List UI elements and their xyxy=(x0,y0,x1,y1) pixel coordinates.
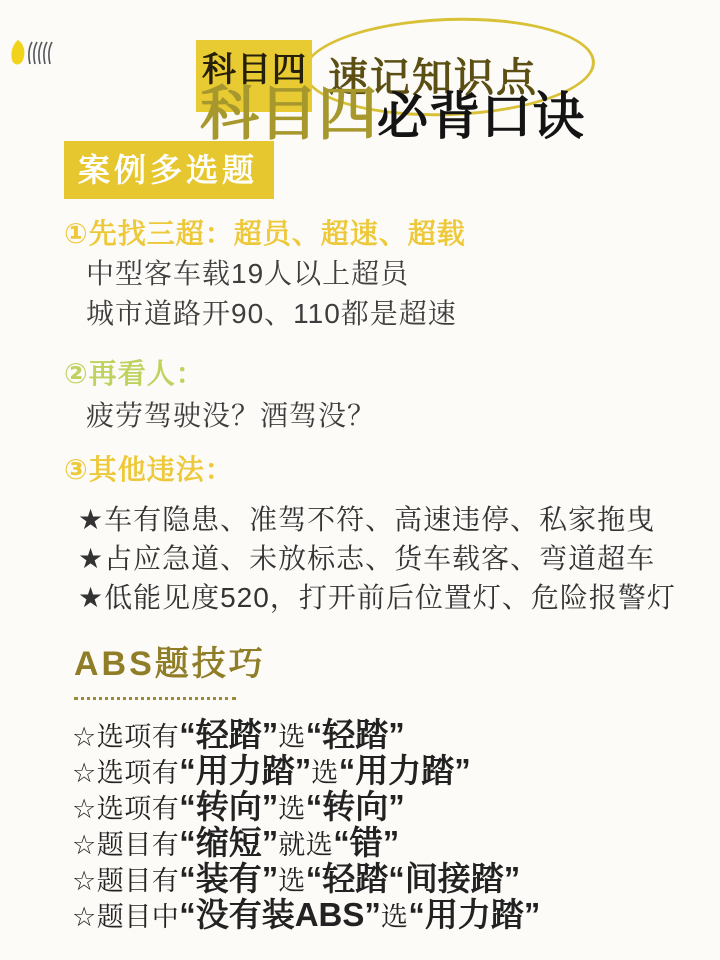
note-line: ★低能见度520，打开前后位置灯、危险报警灯 xyxy=(64,578,676,617)
section-abs: ABS题技巧 ☆选项有“轻踏”选“轻踏”☆选项有“用力踏”选“用力踏”☆选项有“… xyxy=(64,636,540,934)
text-segment: ☆题目有 xyxy=(72,830,179,860)
note-line: ★占应急道、未放标志、货车载客、弯道超车 xyxy=(64,539,676,578)
text-segment: “缩短” xyxy=(179,824,278,861)
text-segment: ☆题目有 xyxy=(72,866,179,896)
group-check-person: ②再看人： 疲劳驾驶没？酒驾没？ xyxy=(64,354,376,438)
note-line: ★车有隐患、准驾不符、高速违停、私家拖曳 xyxy=(64,500,676,539)
text-segment: “轻踏” xyxy=(179,716,278,753)
study-note-card: 科目四 速记知识点 科目四必背口诀 案例多选题 ①先找三超：超员、超速、超载 中… xyxy=(0,0,720,960)
text-segment: “装有” xyxy=(179,860,278,897)
page-title-main: 必背口诀 xyxy=(377,88,585,145)
tip-line: ☆选项有“转向”选“转向” xyxy=(72,790,540,826)
text-segment: 选 xyxy=(278,866,306,896)
text-segment: 选 xyxy=(278,722,306,752)
text-segment: 就选 xyxy=(278,830,333,860)
text-segment: “转向” xyxy=(179,788,278,825)
text-segment: “用力踏” xyxy=(408,896,540,933)
group-three-over: ①先找三超：超员、超速、超载 中型客车载19人以上超员城市道路开90、110都是… xyxy=(64,214,466,334)
text-segment: “没有装ABS” xyxy=(179,896,381,933)
text-segment: 选 xyxy=(278,794,306,824)
tip-line: ☆题目有“装有”选“轻踏“间接踏” xyxy=(72,862,540,898)
group-heading: ①先找三超：超员、超速、超载 xyxy=(64,214,466,254)
group-other-violations: ③其他违法： ★车有隐患、准驾不符、高速违停、私家拖曳★占应急道、未放标志、货车… xyxy=(64,450,676,617)
text-segment: “用力踏” xyxy=(339,752,471,789)
text-segment: ☆题目中 xyxy=(72,902,179,932)
tip-line: ☆题目有“缩短”就选“错” xyxy=(72,826,540,862)
dotted-divider-abs xyxy=(74,697,236,700)
text-segment: “轻踏” xyxy=(306,716,405,753)
text-segment: ☆选项有 xyxy=(72,722,179,752)
group-lines: 中型客车载19人以上超员城市道路开90、110都是超速 xyxy=(64,254,466,334)
tip-line: ☆选项有“轻踏”选“轻踏” xyxy=(72,718,540,754)
text-segment: 选 xyxy=(311,758,339,788)
note-line: 城市道路开90、110都是超速 xyxy=(64,294,466,334)
text-segment: “错” xyxy=(333,824,399,861)
abs-tip-lines: ☆选项有“轻踏”选“轻踏”☆选项有“用力踏”选“用力踏”☆选项有“转向”选“转向… xyxy=(64,718,540,934)
text-segment: “转向” xyxy=(306,788,405,825)
text-segment: ☆选项有 xyxy=(72,758,179,788)
text-segment: 选 xyxy=(381,902,409,932)
group-lines: ★车有隐患、准驾不符、高速违停、私家拖曳★占应急道、未放标志、货车载客、弯道超车… xyxy=(64,500,676,617)
text-segment: “轻踏“间接踏” xyxy=(306,860,521,897)
leaf-hatch-icon xyxy=(10,36,82,76)
text-segment: ☆选项有 xyxy=(72,794,179,824)
page-title: 科目四必背口诀 xyxy=(200,66,585,151)
text-segment: “用力踏” xyxy=(179,752,311,789)
group-lines: 疲劳驾驶没？酒驾没？ xyxy=(64,394,376,438)
tip-line: ☆题目中“没有装ABS”选“用力踏” xyxy=(72,898,540,934)
section-heading-abs: ABS题技巧 xyxy=(64,636,540,685)
group-heading: ②再看人： xyxy=(64,354,376,394)
note-line: 疲劳驾驶没？酒驾没？ xyxy=(64,394,376,438)
tip-line: ☆选项有“用力踏”选“用力踏” xyxy=(72,754,540,790)
note-line: 中型客车载19人以上超员 xyxy=(64,254,466,294)
page-title-accent: 科目四 xyxy=(200,81,377,147)
group-heading: ③其他违法： xyxy=(64,450,676,490)
